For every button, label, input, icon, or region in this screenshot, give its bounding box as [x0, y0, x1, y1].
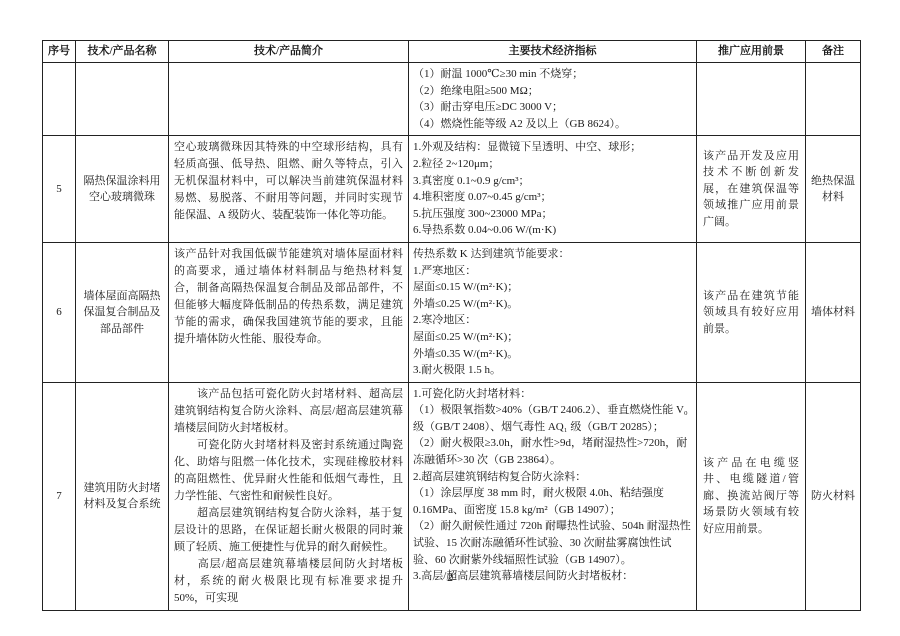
cell-prospects — [697, 63, 806, 136]
cell-indicators: （1）耐温 1000℃≥30 min 不烧穿； （2）绝缘电阻≥500 MΩ； … — [409, 63, 697, 136]
table-row-5: 5 隔热保温涂料用空心玻璃微珠 空心玻璃微珠因其特殊的中空球形结构，具有轻质高强… — [43, 136, 861, 243]
cell-serial — [43, 63, 76, 136]
table-header-row: 序号 技术/产品名称 技术/产品简介 主要技术经济指标 推广应用前景 备注 — [43, 41, 861, 63]
cell-remarks — [806, 63, 861, 136]
header-indicators: 主要技术经济指标 — [409, 41, 697, 63]
cell-indicators: 传热系数 K 达到建筑节能要求： 1.严寒地区： 屋面≤0.15 W/(m²·K… — [409, 242, 697, 382]
header-serial: 序号 — [43, 41, 76, 63]
header-prospects: 推广应用前景 — [697, 41, 806, 63]
cell-name: 墙体屋面高隔热保温复合制品及部品部件 — [76, 242, 169, 382]
cell-name: 隔热保温涂料用空心玻璃微珠 — [76, 136, 169, 243]
cell-intro: 该产品针对我国低碳节能建筑对墙体屋面材料的高要求，通过墙体材料制品与绝热材料复合… — [169, 242, 409, 382]
header-name: 技术/产品名称 — [76, 41, 169, 63]
cell-serial: 5 — [43, 136, 76, 243]
header-intro: 技术/产品简介 — [169, 41, 409, 63]
cell-remarks: 绝热保温材料 — [806, 136, 861, 243]
cell-remarks: 墙体材料 — [806, 242, 861, 382]
technology-product-table: 序号 技术/产品名称 技术/产品简介 主要技术经济指标 推广应用前景 备注 （1… — [42, 40, 861, 611]
table-row-6: 6 墙体屋面高隔热保温复合制品及部品部件 该产品针对我国低碳节能建筑对墙体屋面材… — [43, 242, 861, 382]
header-remarks: 备注 — [806, 41, 861, 63]
cell-prospects: 该产品开发及应用技术不断创新发展，在建筑保温等领域推广应用前景广阔。 — [697, 136, 806, 243]
table-row-continuation: （1）耐温 1000℃≥30 min 不烧穿； （2）绝缘电阻≥500 MΩ； … — [43, 63, 861, 136]
cell-name — [76, 63, 169, 136]
cell-prospects: 该产品在建筑节能领域具有较好应用前景。 — [697, 242, 806, 382]
cell-intro: 空心玻璃微珠因其特殊的中空球形结构，具有轻质高强、低导热、阻燃、耐久等特点，引入… — [169, 136, 409, 243]
page-number: 2 — [0, 570, 900, 585]
cell-indicators: 1.外观及结构：显微镜下呈透明、中空、球形； 2.粒径 2~120μm； 3.真… — [409, 136, 697, 243]
cell-intro — [169, 63, 409, 136]
cell-serial: 6 — [43, 242, 76, 382]
